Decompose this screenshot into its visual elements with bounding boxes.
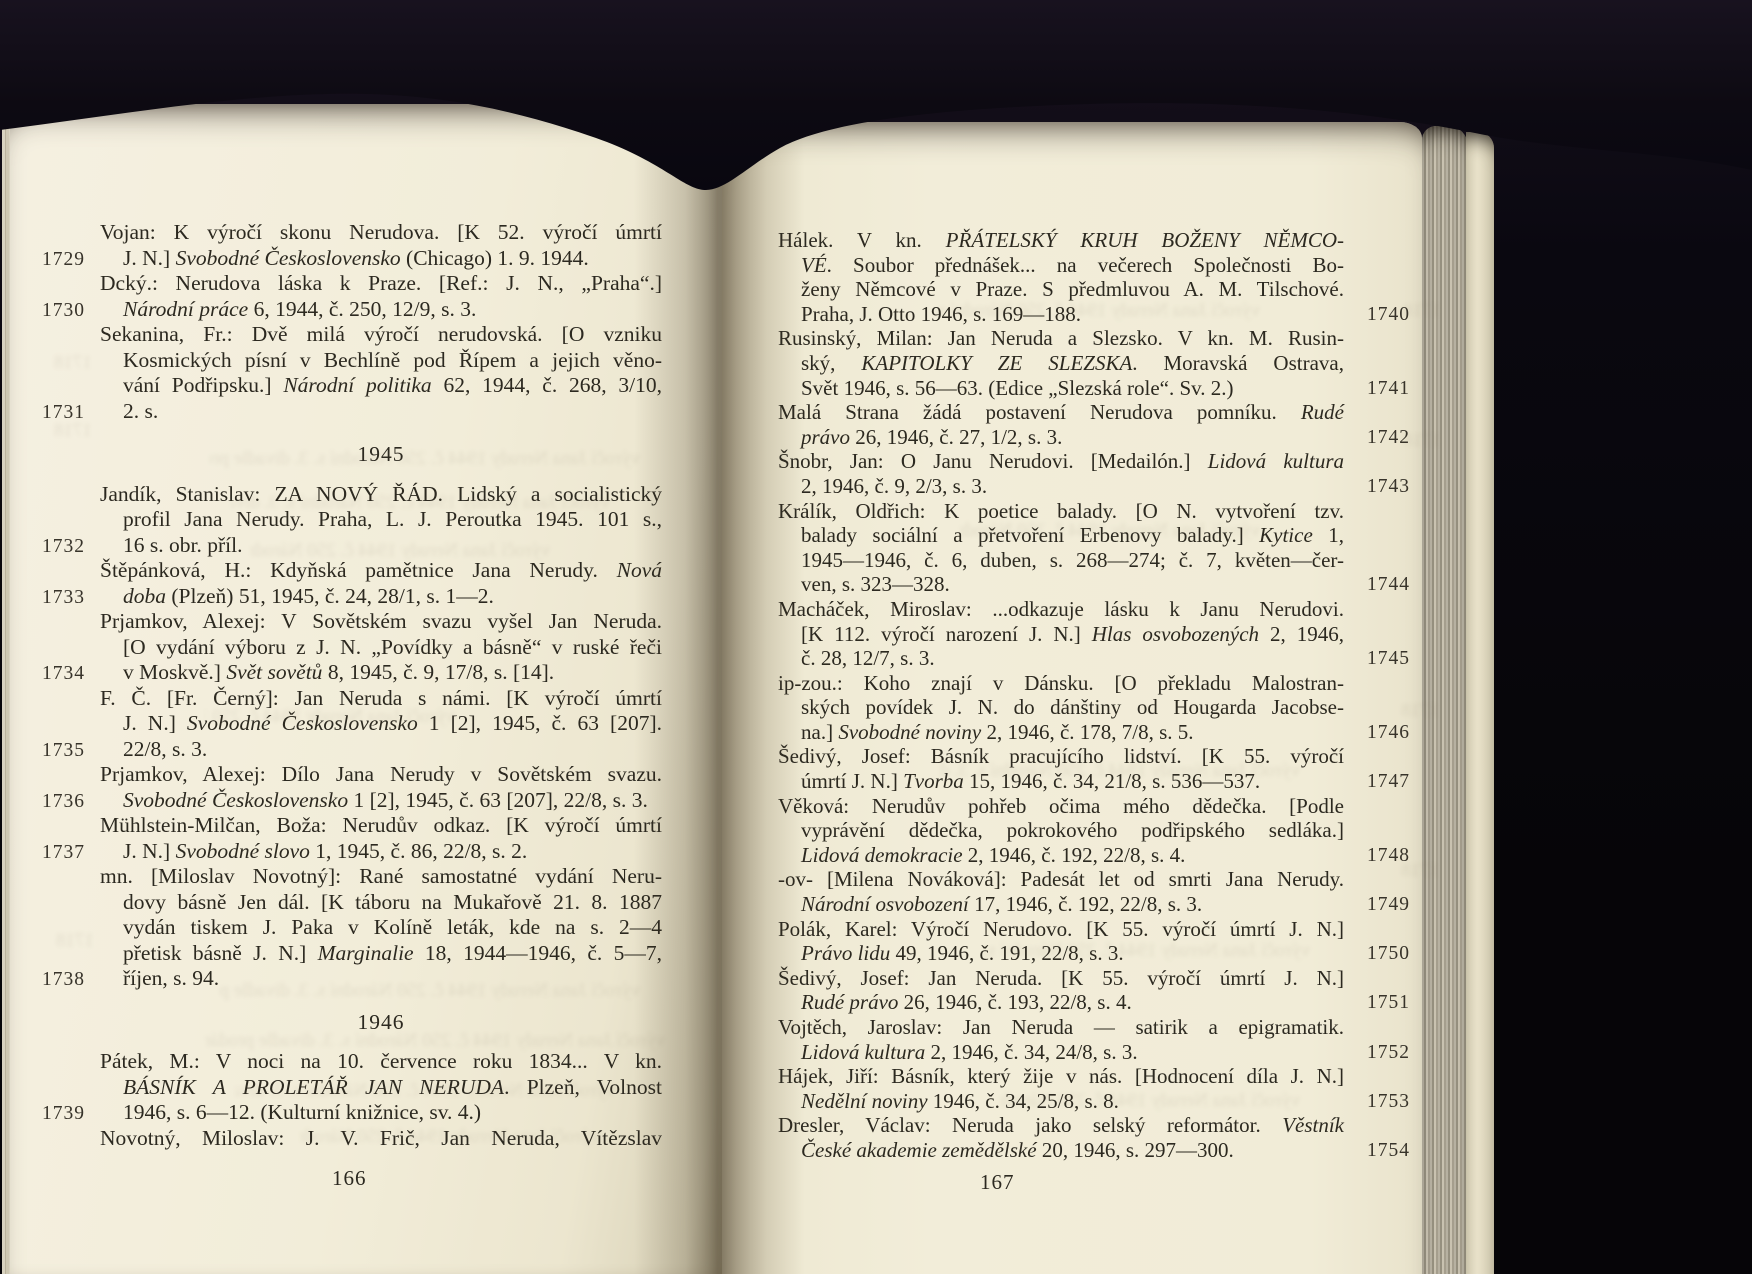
text-line: vání Podřipsku.] Národní politika 62, 19… (100, 373, 662, 399)
text-line: dovy básně Jen dál. [K táboru na Mukařov… (100, 890, 662, 916)
text-line: Polák, Karel: Výročí Nerudovo. [K 55. vý… (778, 917, 1344, 942)
text-line: doba (Plzeň) 51, 1945, č. 24, 28/1, s. 1… (100, 584, 662, 610)
book-scan: Vojan: K výročí skonu Nerudova. [K 52. v… (0, 0, 1752, 1274)
text-line: F. Č. [Fr. Černý]: Jan Neruda s námi. [K… (100, 686, 662, 712)
entry-number: 1747 (1367, 770, 1410, 795)
text-line: Šedivý, Josef: Jan Neruda. [K 55. výročí… (778, 966, 1344, 991)
text-line: Prjamkov, Alexej: Dílo Jana Nerudy v Sov… (100, 762, 662, 788)
text-line: ský, KAPITOLKY ZE SLEZSKA. Moravská Ostr… (778, 351, 1344, 376)
text-line: Šnobr, Jan: O Janu Nerudovi. [Medailón.]… (778, 449, 1344, 474)
text-line: Lidová kultura 2, 1946, č. 34, 24/8, s. … (778, 1040, 1344, 1065)
text-line: v Moskvě.] Svět sovětů 8, 1945, č. 9, 17… (100, 660, 662, 686)
text-line: Jandík, Stanislav: ZA NOVÝ ŘÁD. Lidský a… (100, 482, 662, 508)
entry-number: 1729 (42, 247, 85, 273)
entry-number: 1740 (1367, 303, 1410, 328)
text-line: právo 26, 1946, č. 27, 1/2, s. 3.1742 (778, 425, 1344, 450)
entry-number: 1739 (42, 1101, 85, 1127)
text-line: přetisk básně J. N.] Marginalie 18, 1944… (100, 941, 662, 967)
page-number-right: 167 (980, 1170, 1015, 1195)
entry-number: 1745 (1367, 647, 1410, 672)
text-line: Pátek, M.: V noci na 10. července roku 1… (100, 1049, 662, 1075)
text-line: úmrtí J. N.] Tvorba 15, 1946, č. 34, 21/… (778, 769, 1344, 794)
text-line: Věková: Nerudův pohřeb očima mého dědečk… (778, 794, 1344, 819)
text-line: Mühlstein-Milčan, Boža: Nerudův odkaz. [… (100, 813, 662, 839)
text-line: BÁSNÍK A PROLETÁŘ JAN NERUDA. Plzeň, Vol… (100, 1075, 662, 1101)
text-line: Svět 1946, s. 56—63. (Edice „Slezská rol… (778, 376, 1344, 401)
entry-number: 1754 (1367, 1139, 1410, 1164)
entry-number: 1741 (1367, 377, 1410, 402)
entry-number: 1737 (42, 840, 85, 866)
text-line: Rudé právo 26, 1946, č. 193, 22/8, s. 4.… (778, 990, 1344, 1015)
text-line: 2, 1946, č. 9, 2/3, s. 3.1743 (778, 474, 1344, 499)
background-right (1494, 0, 1752, 1274)
entry-number: 1730 (42, 298, 85, 324)
text-line: ip-zou.: Koho znají v Dánsku. [O překlad… (778, 671, 1344, 696)
year-heading: 1946 (100, 1010, 662, 1036)
text-line: Svobodné Československo 1 [2], 1945, č. … (100, 788, 662, 814)
entry-number: 1748 (1367, 844, 1410, 869)
text-line: Dresler, Václav: Neruda jako selský refo… (778, 1113, 1344, 1138)
entry-number: 1736 (42, 789, 85, 815)
text-line: Vojtěch, Jaroslav: Jan Neruda — satirik … (778, 1015, 1344, 1040)
text-line: 2. s.1731 (100, 399, 662, 425)
text-line: Macháček, Miroslav: ...odkazuje lásku k … (778, 597, 1344, 622)
text-line: ven, s. 323—328.1744 (778, 572, 1344, 597)
text-line: Praha, J. Otto 1946, s. 169—188.1740 (778, 302, 1344, 327)
text-line: Králík, Oldřich: K poetice balady. [O N.… (778, 499, 1344, 524)
text-line: ských povídek J. N. do dánštiny od Houga… (778, 695, 1344, 720)
text-line: Kosmických písní v Bechlíně pod Řípem a … (100, 348, 662, 374)
entry-number: 1742 (1367, 426, 1410, 451)
text-line: Dcký.: Nerudova láska k Praze. [Ref.: J.… (100, 271, 662, 297)
text-line: Národní práce 6, 1944, č. 250, 12/9, s. … (100, 297, 662, 323)
fore-edge-page-stack (1422, 126, 1468, 1274)
text-line: VÉ. Soubor přednášek... na večerech Spol… (778, 253, 1344, 278)
year-heading: 1945 (100, 442, 662, 468)
entry-number: 1752 (1367, 1041, 1410, 1066)
entry-number: 1734 (42, 661, 85, 687)
text-line: Sekanina, Fr.: Dvě milá výročí nerudovsk… (100, 322, 662, 348)
text-line: profil Jana Nerudy. Praha, L. J. Peroutk… (100, 507, 662, 533)
right-page-text: Hálek. V kn. PŘÁTELSKÝ KRUH BOŽENY NĚMCO… (778, 228, 1344, 1163)
entry-number: 1753 (1367, 1090, 1410, 1115)
text-line: Malá Strana žádá postavení Nerudova pomn… (778, 400, 1344, 425)
text-line: České akademie zemědělské 20, 1946, s. 2… (778, 1138, 1344, 1163)
entry-number: 1731 (42, 400, 85, 426)
text-line: J. N.] Svobodné Československo (Chicago)… (100, 246, 662, 272)
entry-number: 1749 (1367, 893, 1410, 918)
text-line: mn. [Miloslav Novotný]: Rané samostatné … (100, 864, 662, 890)
text-line: 16 s. obr. příl.1732 (100, 533, 662, 559)
entry-number: 1732 (42, 534, 85, 560)
entry-number: 1746 (1367, 721, 1410, 746)
text-line: [K 112. výročí narození J. N.] Hlas osvo… (778, 622, 1344, 647)
entry-number: 1738 (42, 967, 85, 993)
text-line: J. N.] Svobodné Československo 1 [2], 19… (100, 711, 662, 737)
text-line: ženy Němcové v Praze. S předmluvou A. M.… (778, 277, 1344, 302)
text-line: říjen, s. 94.1738 (100, 966, 662, 992)
entry-number: 1735 (42, 738, 85, 764)
text-line: -ov- [Milena Nováková]: Padesát let od s… (778, 867, 1344, 892)
text-line: Prjamkov, Alexej: V Sovětském svazu vyše… (100, 609, 662, 635)
text-line: Hájek, Jiří: Básník, který žije v nás. [… (778, 1064, 1344, 1089)
text-line: Novotný, Miloslav: J. V. Frič, Jan Nerud… (100, 1126, 662, 1152)
page-number-left: 166 (332, 1166, 367, 1191)
text-line: č. 28, 12/7, s. 3.1745 (778, 646, 1344, 671)
entry-number: 1733 (42, 585, 85, 611)
left-page-text: Vojan: K výročí skonu Nerudova. [K 52. v… (100, 220, 662, 1151)
text-line: 22/8, s. 3.1735 (100, 737, 662, 763)
text-line: Vojan: K výročí skonu Nerudova. [K 52. v… (100, 220, 662, 246)
text-line: vydán tiskem J. Paka v Kolíně leták, kde… (100, 915, 662, 941)
text-line: Hálek. V kn. PŘÁTELSKÝ KRUH BOŽENY NĚMCO… (778, 228, 1344, 253)
left-page: Vojan: K výročí skonu Nerudova. [K 52. v… (10, 104, 722, 1274)
text-line: 1945—1946, č. 6, duben, s. 268—274; č. 7… (778, 548, 1344, 573)
text-line: Nedělní noviny 1946, č. 34, 25/8, s. 8.1… (778, 1089, 1344, 1114)
text-line: Šedivý, Josef: Básník pracujícího lidstv… (778, 744, 1344, 769)
entry-number: 1744 (1367, 573, 1410, 598)
entry-number: 1751 (1367, 991, 1410, 1016)
text-line: J. N.] Svobodné slovo 1, 1945, č. 86, 22… (100, 839, 662, 865)
text-line: Právo lidu 49, 1946, č. 191, 22/8, s. 3.… (778, 941, 1344, 966)
underlying-page-edge (1466, 132, 1494, 1274)
text-line: Lidová demokracie 2, 1946, č. 192, 22/8,… (778, 843, 1344, 868)
text-line: vyprávění dědečka, pokrokového podřipské… (778, 818, 1344, 843)
text-line: 1946, s. 6—12. (Kulturní knižnice, sv. 4… (100, 1100, 662, 1126)
text-line: na.] Svobodné noviny 2, 1946, č. 178, 7/… (778, 720, 1344, 745)
text-line: Národní osvobození 17, 1946, č. 192, 22/… (778, 892, 1344, 917)
entry-number: 1750 (1367, 942, 1410, 967)
text-line: balady sociální a přetvoření Erbenovy ba… (778, 523, 1344, 548)
entry-number: 1743 (1367, 475, 1410, 500)
text-line: [O vydání výboru z J. N. „Povídky a básn… (100, 635, 662, 661)
right-page: Hálek. V kn. PŘÁTELSKÝ KRUH BOŽENY NĚMCO… (722, 122, 1422, 1274)
text-line: Rusinský, Milan: Jan Neruda a Slezsko. V… (778, 326, 1344, 351)
text-line: Štěpánková, H.: Kdyňská pamětnice Jana N… (100, 558, 662, 584)
